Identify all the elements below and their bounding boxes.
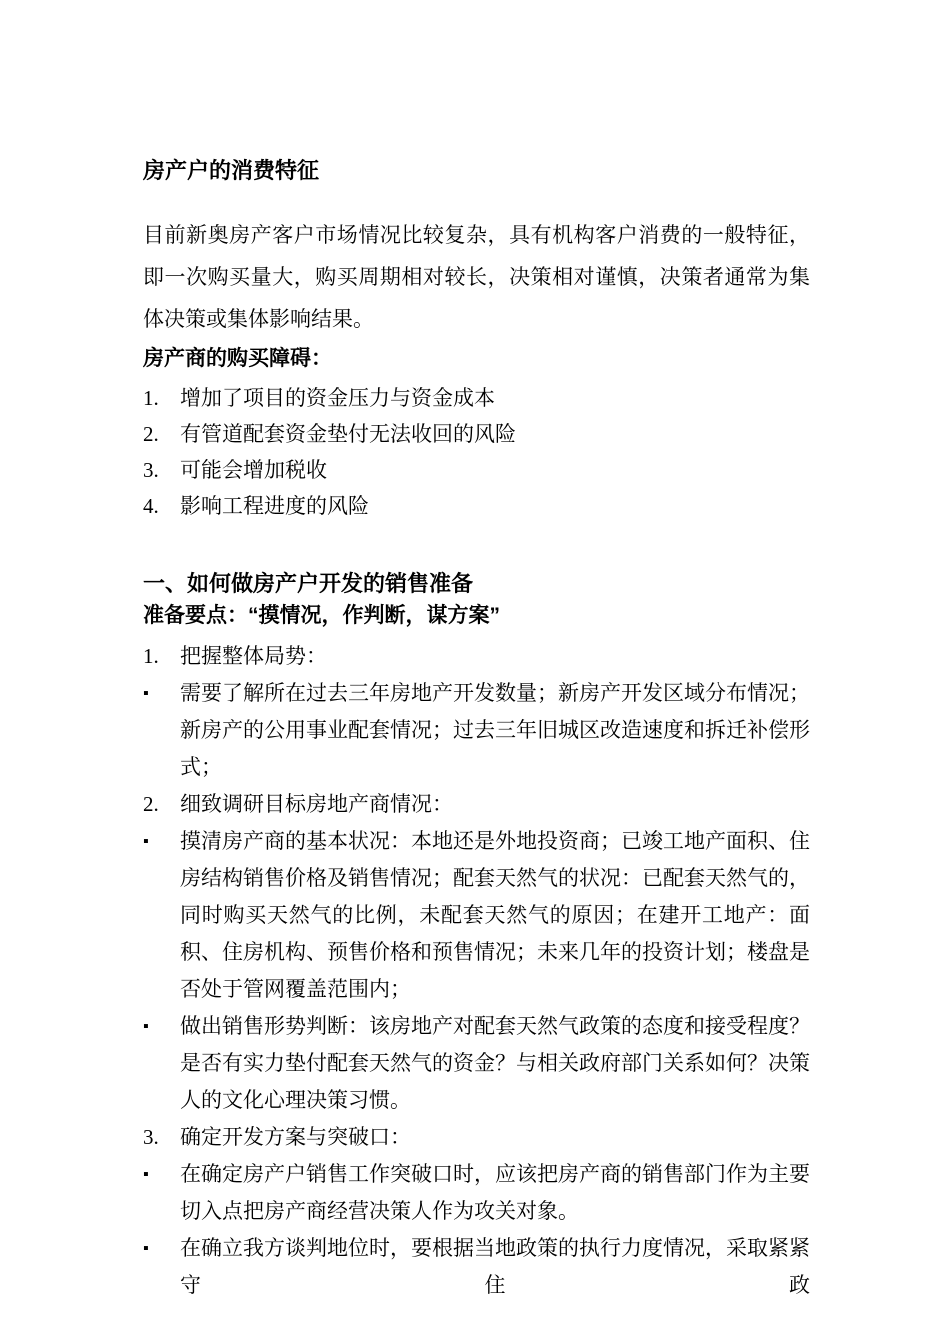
document-page: 房产户的消费特征 目前新奥房产客户市场情况比较复杂，具有机构客户消费的一般特征，…: [0, 0, 950, 1344]
list-item: ▪ 做出销售形势判断：该房地产对配套天然气政策的态度和接受程度？是否有实力垫付配…: [143, 1008, 810, 1119]
list-item-text: 摸清房产商的基本状况：本地还是外地投资商；已竣工地产面积、住房结构销售价格及销售…: [180, 823, 810, 1008]
list-item-text: 影响工程进度的风险: [180, 488, 810, 524]
list-item-text: 细致调研目标房地产商情况：: [180, 786, 810, 823]
list-item-text: 确定开发方案与突破口：: [180, 1119, 810, 1156]
section-subheading: 准备要点：“摸情况，作判断，谋方案”: [143, 600, 810, 632]
list-item: 3. 可能会增加税收: [143, 452, 810, 488]
bullet-square-icon: ▪: [143, 675, 180, 786]
list-number: 1.: [143, 638, 180, 675]
list-number: 2.: [143, 416, 180, 452]
bullet-square-icon: ▪: [143, 1008, 180, 1119]
list-item: 2. 细致调研目标房地产商情况：: [143, 786, 810, 823]
barriers-list: 1. 增加了项目的资金压力与资金成本 2. 有管道配套资金垫付无法收回的风险 3…: [143, 380, 810, 524]
list-item: ▪ 摸清房产商的基本状况：本地还是外地投资商；已竣工地产面积、住房结构销售价格及…: [143, 823, 810, 1008]
list-number: 2.: [143, 786, 180, 823]
bullet-square-icon: ▪: [143, 823, 180, 1008]
bullet-square-icon: ▪: [143, 1156, 180, 1230]
list-item: 4. 影响工程进度的风险: [143, 488, 810, 524]
list-number: 3.: [143, 1119, 180, 1156]
list-item-text: 增加了项目的资金压力与资金成本: [180, 380, 810, 416]
list-item: ▪ 在确定房产户销售工作突破口时，应该把房产商的销售部门作为主要切入点把房产商经…: [143, 1156, 810, 1230]
list-item-text: 在确立我方谈判地位时，要根据当地政策的执行力度情况，采取紧紧守住政: [180, 1230, 810, 1304]
list-item: ▪ 在确立我方谈判地位时，要根据当地政策的执行力度情况，采取紧紧守住政: [143, 1230, 810, 1304]
list-item-text: 需要了解所在过去三年房地产开发数量；新房产开发区域分布情况；新房产的公用事业配套…: [180, 675, 810, 786]
barriers-heading: 房产商的购买障碍：: [143, 344, 810, 374]
section-spacer: [143, 524, 810, 568]
section-list: 1. 把握整体局势： ▪ 需要了解所在过去三年房地产开发数量；新房产开发区域分布…: [143, 638, 810, 1304]
list-number: 3.: [143, 452, 180, 488]
list-item: ▪ 需要了解所在过去三年房地产开发数量；新房产开发区域分布情况；新房产的公用事业…: [143, 675, 810, 786]
section-heading: 一、如何做房产户开发的销售准备: [143, 568, 810, 600]
list-number: 1.: [143, 380, 180, 416]
intro-paragraph: 目前新奥房产客户市场情况比较复杂，具有机构客户消费的一般特征，即一次购买量大，购…: [143, 214, 810, 340]
bullet-square-icon: ▪: [143, 1230, 180, 1304]
list-item-text: 可能会增加税收: [180, 452, 810, 488]
list-item: 2. 有管道配套资金垫付无法收回的风险: [143, 416, 810, 452]
list-item-text: 把握整体局势：: [180, 638, 810, 675]
doc-title: 房产户的消费特征: [143, 158, 810, 184]
list-item: 1. 增加了项目的资金压力与资金成本: [143, 380, 810, 416]
list-item-text: 做出销售形势判断：该房地产对配套天然气政策的态度和接受程度？是否有实力垫付配套天…: [180, 1008, 810, 1119]
list-item: 1. 把握整体局势：: [143, 638, 810, 675]
list-number: 4.: [143, 488, 180, 524]
list-item-text: 在确定房产户销售工作突破口时，应该把房产商的销售部门作为主要切入点把房产商经营决…: [180, 1156, 810, 1230]
list-item: 3. 确定开发方案与突破口：: [143, 1119, 810, 1156]
list-item-text: 有管道配套资金垫付无法收回的风险: [180, 416, 810, 452]
